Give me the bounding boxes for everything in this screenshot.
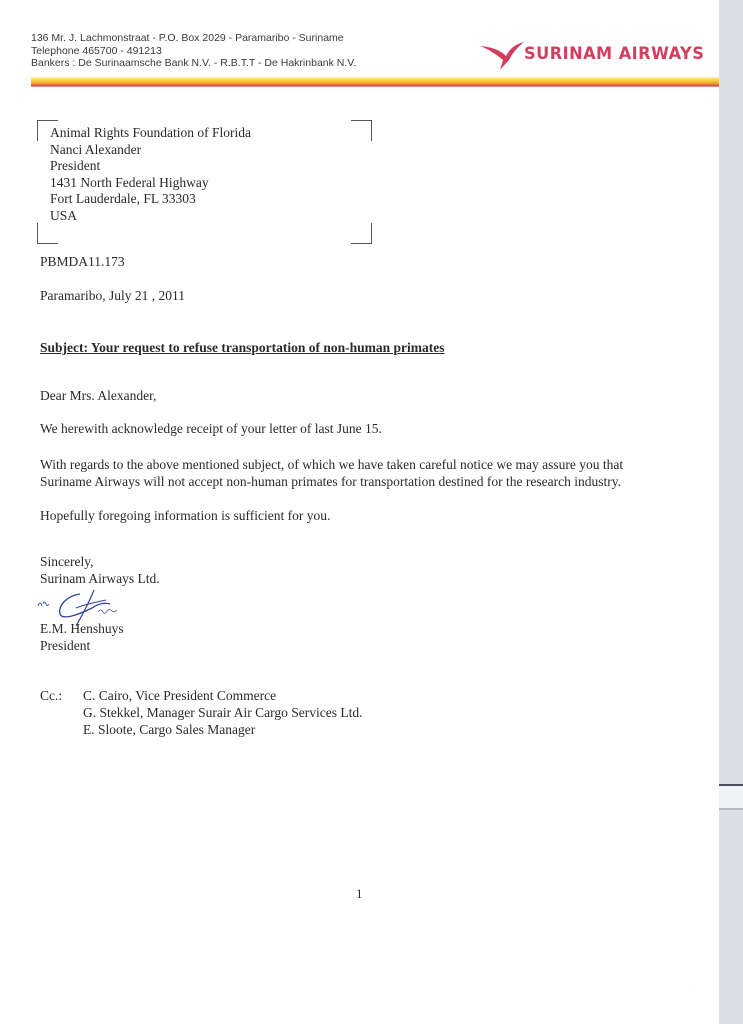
reference-number: PBMDA11.173: [40, 253, 125, 270]
recipient-name: Nanci Alexander: [50, 142, 251, 159]
address-corner-mark: [351, 120, 372, 141]
subject-line: Subject: Your request to refuse transpor…: [40, 339, 445, 356]
recipient-address-block: Animal Rights Foundation of Florida Nanc…: [37, 118, 372, 244]
cc-block: Cc.: C. Cairo, Vice President Commerce G…: [40, 687, 362, 738]
recipient-country: USA: [50, 208, 251, 225]
letterhead-bankers: Bankers : De Surinaamsche Bank N.V. - R.…: [31, 57, 356, 70]
scanner-edge: [719, 0, 743, 1024]
cc-recipient: E. Sloote, Cargo Sales Manager: [83, 721, 362, 738]
cc-recipient: C. Cairo, Vice President Commerce: [83, 687, 362, 704]
recipient-city: Fort Lauderdale, FL 33303: [50, 191, 251, 208]
place-date: Paramaribo, July 21 , 2011: [40, 287, 185, 304]
recipient-title: President: [50, 158, 251, 175]
address-corner-mark: [37, 223, 58, 244]
body-paragraph-3: Hopefully foregoing information is suffi…: [40, 507, 330, 524]
body-paragraph-1: We herewith acknowledge receipt of your …: [40, 420, 382, 437]
cc-label: Cc.:: [40, 687, 83, 738]
letterhead-address: 136 Mr. J. Lachmonstraat - P.O. Box 2029…: [31, 32, 356, 45]
address-corner-mark: [351, 223, 372, 244]
scan-artifact: :: [695, 988, 697, 996]
letterhead-stripe: [31, 77, 719, 87]
scanner-gap: [719, 786, 743, 808]
body-paragraph-2-line-2: Suriname Airways will not accept non-hum…: [40, 473, 621, 490]
signer-name: E.M. Henshuys: [40, 620, 124, 637]
salutation: Dear Mrs. Alexander,: [40, 387, 156, 404]
scanner-mark: [719, 808, 743, 810]
valediction: Sincerely,: [40, 553, 93, 570]
sender-company: Surinam Airways Ltd.: [40, 570, 160, 587]
body-paragraph-2-line-1: With regards to the above mentioned subj…: [40, 456, 623, 473]
recipient-street: 1431 North Federal Highway: [50, 175, 251, 192]
page-number: 1: [356, 886, 363, 902]
letterhead-telephone: Telephone 465700 - 491213: [31, 45, 356, 58]
logo-text: SURINAM AIRWAYS: [524, 44, 704, 64]
company-logo: SURINAM AIRWAYS: [478, 36, 714, 72]
recipient-organization: Animal Rights Foundation of Florida: [50, 125, 251, 142]
letterhead-contact: 136 Mr. J. Lachmonstraat - P.O. Box 2029…: [31, 32, 356, 70]
cc-recipient: G. Stekkel, Manager Surair Air Cargo Ser…: [83, 704, 362, 721]
bird-swoosh-icon: [478, 36, 526, 72]
signer-title: President: [40, 637, 90, 654]
